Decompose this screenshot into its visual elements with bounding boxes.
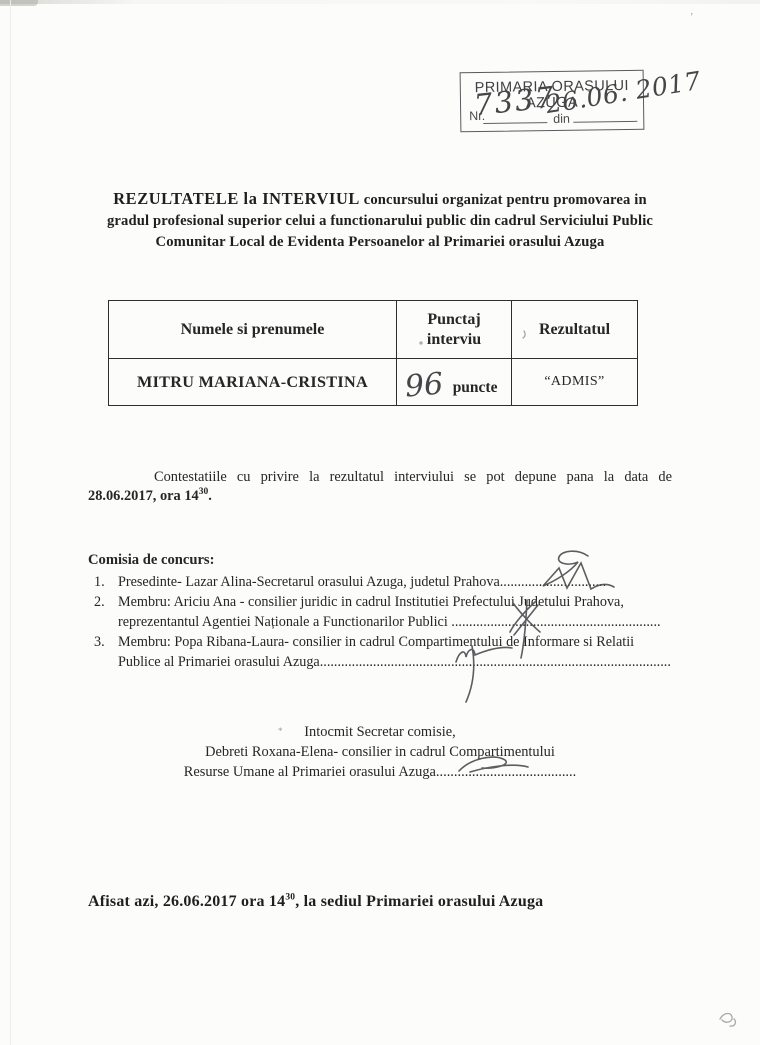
commission-member-3-line2: Publice al Primariei orasului Azuga.....… [118, 652, 680, 672]
contest-notice: Contestatiile cu privire la rezultatul i… [88, 468, 672, 506]
posting-statement-end: , la sediul Primariei orasului Azuga [295, 893, 543, 910]
contest-deadline: 28.06.2017, ora 1430. [88, 487, 672, 506]
score-unit: puncte [453, 379, 498, 396]
header-score-line2: interviu [427, 331, 481, 348]
prepared-by-line1: Intocmit Secretar comisie, [150, 722, 610, 742]
title-line2: gradul profesional superior celui a func… [107, 213, 653, 229]
scanned-document-page: PRIMARIA ORAȘULUI AZUGA Nr. din 7337 26.… [0, 0, 760, 1045]
commission-member-1-line1: Presedinte- Lazar Alina-Secretarul orasu… [118, 572, 680, 592]
prepared-by-block: Intocmit Secretar comisie, Debreti Roxan… [150, 722, 610, 782]
scan-fleck-top-right: ’ [690, 12, 693, 23]
scan-smudge-bottom-right [720, 1013, 735, 1026]
posting-statement: Afisat azi, 26.06.2017 ora 1430, la sedi… [88, 893, 543, 911]
prepared-by-line2: Debreti Roxana-Elena- consilier in cadru… [150, 742, 610, 762]
commission-heading: Comisia de concurs: [88, 550, 680, 570]
commission-member-2-line1: Membru: Ariciu Ana - consilier juridic i… [118, 592, 680, 612]
scan-corner-smudge [0, 0, 38, 6]
header-result-column: Rezultatul [512, 301, 638, 359]
scan-edge-top [0, 0, 760, 4]
result-value: “ADMIS” [512, 359, 638, 406]
commission-member-2: 2. Membru: Ariciu Ana - consilier juridi… [88, 592, 680, 632]
contest-deadline-text: 28.06.2017, ora 14 [88, 488, 199, 504]
commission-member-3-line1: Membru: Popa Ribana-Laura- consilier in … [118, 632, 680, 652]
table-header-row: Numele si prenumele Punctaj interviu Rez… [109, 301, 638, 359]
commission-member-1: 1. Presedinte- Lazar Alina-Secretarul or… [88, 572, 680, 592]
document-title: REZULTATELE la INTERVIUL concursului org… [80, 188, 680, 253]
header-score-column: Punctaj interviu [397, 301, 512, 359]
handwritten-score: 96 [403, 366, 444, 404]
title-line3: Comunitar Local de Evidenta Persoanelor … [156, 234, 605, 250]
prepared-by-line3: Resurse Umane al Primariei orasului Azug… [150, 762, 610, 782]
commission-member-2-number: 2. [94, 592, 105, 612]
commission-section: Comisia de concurs: 1. Presedinte- Lazar… [88, 550, 680, 672]
table-row: MITRU MARIANA-CRISTINA 96puncte “ADMIS” [109, 359, 638, 406]
posting-statement-start: Afisat azi, 26.06.2017 ora 14 [88, 893, 285, 910]
scan-fleck-prepared: * [278, 726, 283, 736]
title-emphasis: REZULTATELE la INTERVIUL [113, 189, 360, 208]
signatures-overlay [0, 0, 760, 1045]
scan-edge-left [10, 0, 11, 1045]
commission-member-3-number: 3. [94, 632, 105, 652]
results-table: Numele si prenumele Punctaj interviu Rez… [108, 300, 638, 406]
header-name-column: Numele si prenumele [109, 301, 397, 359]
commission-member-2-line2: reprezentantul Agentiei Naționale a Func… [118, 612, 680, 632]
contest-deadline-period: . [208, 488, 212, 504]
stamp-nr-underline [483, 122, 547, 124]
posting-statement-superscript: 30 [285, 893, 295, 903]
header-score-line1: Punctaj [427, 311, 480, 328]
title-line1-rest: concursului organizat pentru promovarea … [360, 192, 647, 208]
score-cell: 96puncte [397, 359, 512, 406]
stamp-din-underline [573, 121, 637, 123]
contest-deadline-superscript: 30 [199, 487, 209, 497]
contest-notice-line1: Contestatiile cu privire la rezultatul i… [88, 468, 672, 487]
commission-member-3: 3. Membru: Popa Ribana-Laura- consilier … [88, 632, 680, 672]
commission-member-1-number: 1. [94, 572, 105, 592]
candidate-name: MITRU MARIANA-CRISTINA [109, 359, 397, 406]
